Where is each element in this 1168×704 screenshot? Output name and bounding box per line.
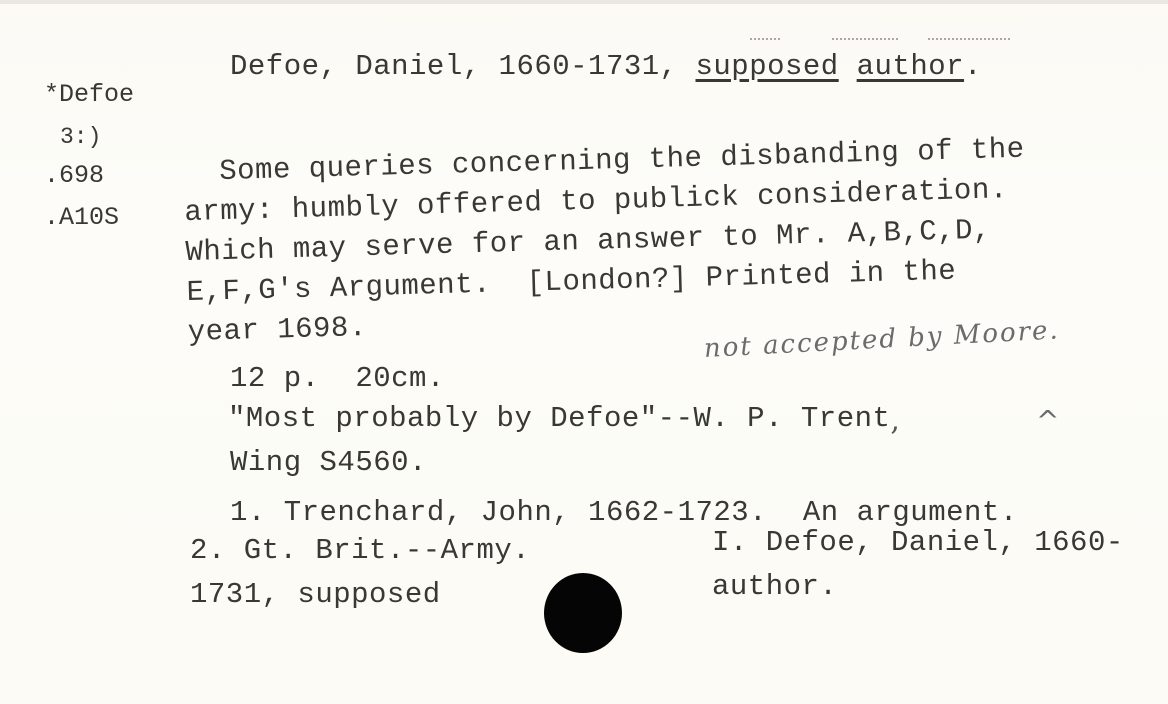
faint-dots: [750, 38, 780, 44]
heading-role-author: author: [857, 50, 964, 83]
faint-dots: [832, 38, 898, 44]
tracing-2: 2. Gt. Brit.--Army.: [190, 536, 530, 565]
note: "Most probably by Defoe"--W. P. Trent,: [228, 402, 900, 433]
call-number-line-4: .A10S: [44, 205, 119, 230]
title-line-5: year 1698.: [187, 313, 367, 347]
heading-role-supposed: supposed: [695, 50, 838, 83]
collation: 12 p. 20cm.: [230, 364, 445, 393]
handwritten-comma-mark: ,: [890, 403, 900, 438]
card-top-edge: [0, 0, 1168, 4]
call-number-line-1: *Defoe: [44, 82, 134, 107]
call-number-line-2: 3:): [60, 126, 101, 149]
handwritten-caret: ^: [1036, 404, 1059, 437]
call-number-line-3: .698: [44, 163, 104, 188]
heading-end: .: [964, 50, 982, 83]
note-text: "Most probably by Defoe"--W. P. Trent: [228, 402, 890, 435]
heading-name: Defoe, Daniel, 1660-1731,: [230, 50, 695, 83]
heading: Defoe, Daniel, 1660-1731, supposed autho…: [230, 52, 982, 81]
tracing-added-entry-cont: author.: [712, 572, 837, 601]
catalog-card: *Defoe 3:) .698 .A10S Defoe, Daniel, 166…: [0, 0, 1168, 704]
faint-dots: [928, 38, 1010, 44]
reference: Wing S4560.: [230, 448, 427, 477]
card-punch-hole: [544, 573, 622, 653]
tracing-2-cont: 1731, supposed: [190, 580, 441, 609]
handwritten-annotation: not accepted by Moore.: [703, 315, 1060, 364]
tracing-1: 1. Trenchard, John, 1662-1723. An argume…: [230, 498, 1018, 527]
tracing-added-entry: I. Defoe, Daniel, 1660-: [712, 528, 1124, 557]
